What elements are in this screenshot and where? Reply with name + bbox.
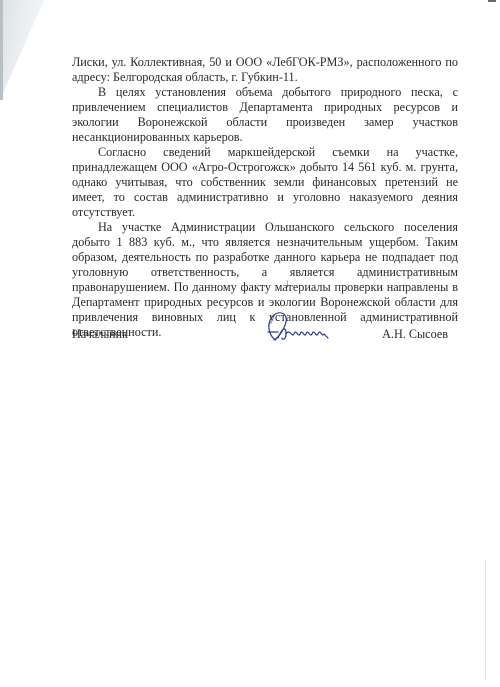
handwritten-signature-icon xyxy=(264,310,344,346)
signer-title: Начальник xyxy=(72,327,128,342)
paragraph-address: Лиски, ул. Коллективная, 50 и ООО «ЛебГО… xyxy=(72,55,458,85)
signature-block: Начальник А.Н. Сысоев xyxy=(72,322,458,352)
scan-fold-shadow xyxy=(0,0,44,100)
document-body: Лиски, ул. Коллективная, 50 и ООО «ЛебГО… xyxy=(72,55,458,340)
signer-name: А.Н. Сысоев xyxy=(382,327,448,342)
scan-corner-mark xyxy=(488,0,496,2)
scan-edge xyxy=(0,0,3,100)
paragraph-survey: Согласно сведений маркшейдерской съемки … xyxy=(72,145,458,220)
scan-right-edge xyxy=(485,560,486,680)
paragraph-measurement: В целях установления объема добытого при… xyxy=(72,85,458,145)
